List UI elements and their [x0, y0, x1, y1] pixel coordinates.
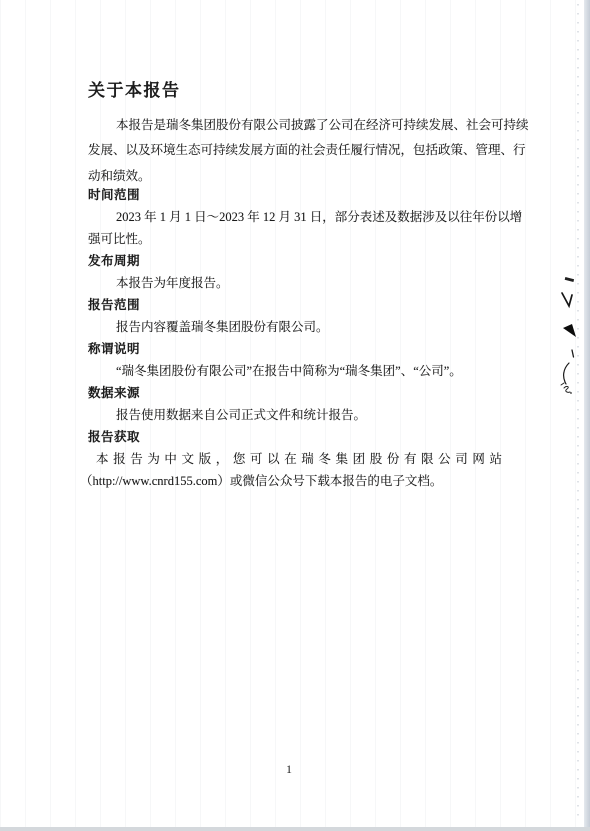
page-right-edge — [584, 0, 590, 831]
section-heading-publication-cycle: 发布周期 — [88, 250, 502, 272]
section-body-publication-cycle: 本报告为年度报告。 — [88, 272, 502, 294]
body-line-with-url: （http://www.cnrd155.com）或微信公众号下载本报告的电子文档… — [80, 470, 502, 492]
intro-paragraph: 本报告是瑞冬集团股份有限公司披露了公司在经济可持续发展、社会可持续 发展、以及环… — [88, 113, 502, 189]
section-body-naming-convention: “瑞冬集团股份有限公司”在报告中简称为“瑞冬集团”、“公司”。 — [88, 360, 502, 382]
paren-curve-mark — [564, 363, 569, 384]
section-heading-report-access: 报告获取 — [88, 426, 502, 448]
section-heading-naming-convention: 称谓说明 — [88, 338, 502, 360]
section-body-report-scope: 报告内容覆盖瑞冬集团股份有限公司。 — [88, 316, 502, 338]
body-line: 强可比性。 — [88, 228, 502, 250]
body-line: 本报告为年度报告。 — [88, 272, 502, 294]
solid-arrowhead-mark — [563, 324, 576, 337]
intro-line: 发展、以及环境生态可持续发展方面的社会责任履行情况，包括政策、管理、行 — [88, 138, 502, 163]
section-body-data-source: 报告使用数据来自公司正式文件和统计报告。 — [88, 404, 502, 426]
tick-stroke-mark — [572, 350, 574, 357]
ink-dot-mark — [570, 392, 572, 394]
scan-speckle-column — [577, 4, 579, 820]
body-line: 2023 年 1 月 1 日～2023 年 12 月 31 日，部分表述及数据涉… — [88, 206, 502, 228]
body-line: 本报告为中文版，您可以在瑞冬集团股份有限公司网站 — [88, 448, 502, 470]
body-line: “瑞冬集团股份有限公司”在报告中简称为“瑞冬集团”、“公司”。 — [88, 360, 502, 382]
body-line: 报告使用数据来自公司正式文件和统计报告。 — [88, 404, 502, 426]
section-body-time-range: 2023 年 1 月 1 日～2023 年 12 月 31 日，部分表述及数据涉… — [88, 206, 502, 250]
intro-line: 本报告是瑞冬集团股份有限公司披露了公司在经济可持续发展、社会可持续 — [88, 113, 502, 138]
page-bottom-edge — [0, 827, 590, 831]
dash-stroke-mark — [565, 277, 574, 282]
page-number: 1 — [0, 762, 584, 777]
scanned-report-page: { "doc": { "title": "关于本报告", "intro_line… — [0, 0, 590, 831]
section-heading-report-scope: 报告范围 — [88, 294, 502, 316]
page-title: 关于本报告 — [88, 82, 502, 100]
page-content: 关于本报告 本报告是瑞冬集团股份有限公司披露了公司在经济可持续发展、社会可持续 … — [88, 82, 502, 492]
section-body-report-access: 本报告为中文版，您可以在瑞冬集团股份有限公司网站 （http://www.cnr… — [88, 448, 502, 492]
handwritten-margin-marks — [552, 266, 586, 402]
scribble-mark — [561, 383, 570, 392]
report-sections: 时间范围 2023 年 1 月 1 日～2023 年 12 月 31 日，部分表… — [88, 184, 502, 492]
body-line: 报告内容覆盖瑞冬集团股份有限公司。 — [88, 316, 502, 338]
section-heading-data-source: 数据来源 — [88, 382, 502, 404]
check-stroke-mark — [562, 293, 572, 306]
